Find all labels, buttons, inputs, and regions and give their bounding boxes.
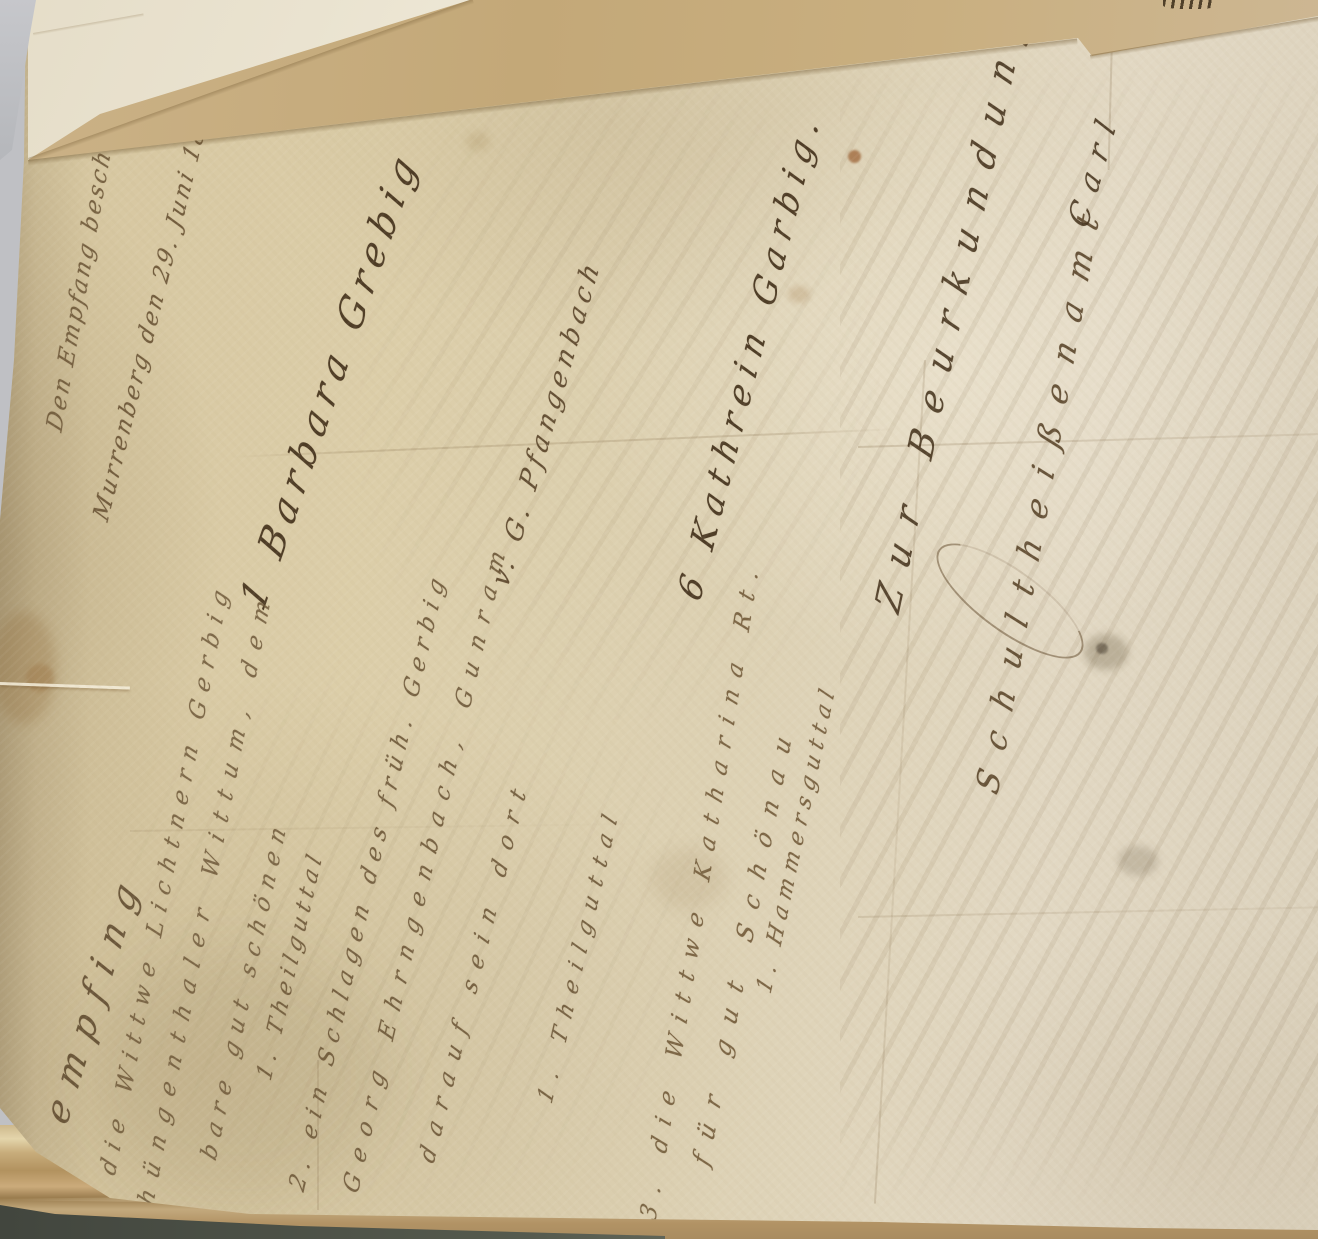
fold-crease-vertical: [874, 360, 926, 1204]
stain: [1118, 846, 1158, 876]
paper-tear: [0, 682, 130, 690]
ink-marks-top-edge: [1163, 0, 1217, 9]
handwriting-line-heading-1: 1 Barbara Grebig: [235, 141, 425, 616]
ink-bleed-through: [90, 660, 730, 1200]
stain: [1096, 643, 1108, 654]
stain: [788, 286, 810, 303]
fold-crease-horizontal: [858, 433, 1318, 448]
stain: [652, 848, 726, 910]
handwriting-line-sig-1: Zur Beurkundung: [871, 0, 1035, 618]
stain: [90, 950, 390, 1200]
document-page: Den Empfang bescheinigtMurrenberg den 29…: [0, 0, 1318, 1239]
ink-bleed-through: [360, 80, 880, 720]
handwriting-line-heading-2: v. G. Pfangenbach: [489, 254, 606, 591]
photo-of-document: Den Empfang bescheinigtMurrenberg den 29…: [0, 0, 1318, 1239]
stain: [1084, 634, 1128, 670]
handwriting-line-item1-c: bare gut schönen: [199, 815, 293, 1164]
handwriting-line-item2-c: darauf sein dort: [417, 773, 534, 1167]
handwriting-line-sig-2: Schultheißenamt: [972, 188, 1108, 798]
handwriting-line-item1-d: 1. Theilguttal: [255, 846, 328, 1084]
stain: [0, 612, 56, 724]
gutter-shadow: [0, 0, 90, 1239]
ink-bleed-through: [840, 60, 1318, 1210]
handwriting-line-item2-b: Georg Ehrngenbach, Gunram: [341, 535, 513, 1197]
handwriting-line-item3-c: 1. Hammersguttal: [754, 680, 840, 997]
stain: [26, 664, 54, 692]
handwriting-line-heading-3: 6 Kathrein Garbig.: [674, 103, 827, 606]
handwriting-line-item3-a: 3. die Wittwe Katharina Rt.: [638, 554, 765, 1224]
fold-crease-horizontal: [858, 906, 1318, 918]
handwriting-line-item2-d: 1. Theilguttal: [536, 801, 625, 1107]
fold-crease-horizontal: [230, 428, 901, 458]
stain: [466, 132, 490, 151]
handwriting-line-item2-a: 2. ein Schlagen des früh. Gerbig: [287, 567, 451, 1195]
handwriting-line-item1-b: Thüngenthaler Wittum, dem: [130, 584, 277, 1237]
handwriting-line-item1-a: 1. die Wittwe Lichtnern Gerbig: [86, 577, 234, 1237]
fold-crease-horizontal: [130, 822, 670, 832]
pen-flourish-loop: [921, 524, 1100, 678]
stain: [848, 150, 861, 163]
handwriting-line-sig-3: Carl: [1065, 102, 1125, 233]
fold-crease-vertical: [317, 1060, 319, 1210]
handwriting-line-item3-b: für gut Schönau: [689, 716, 798, 1169]
